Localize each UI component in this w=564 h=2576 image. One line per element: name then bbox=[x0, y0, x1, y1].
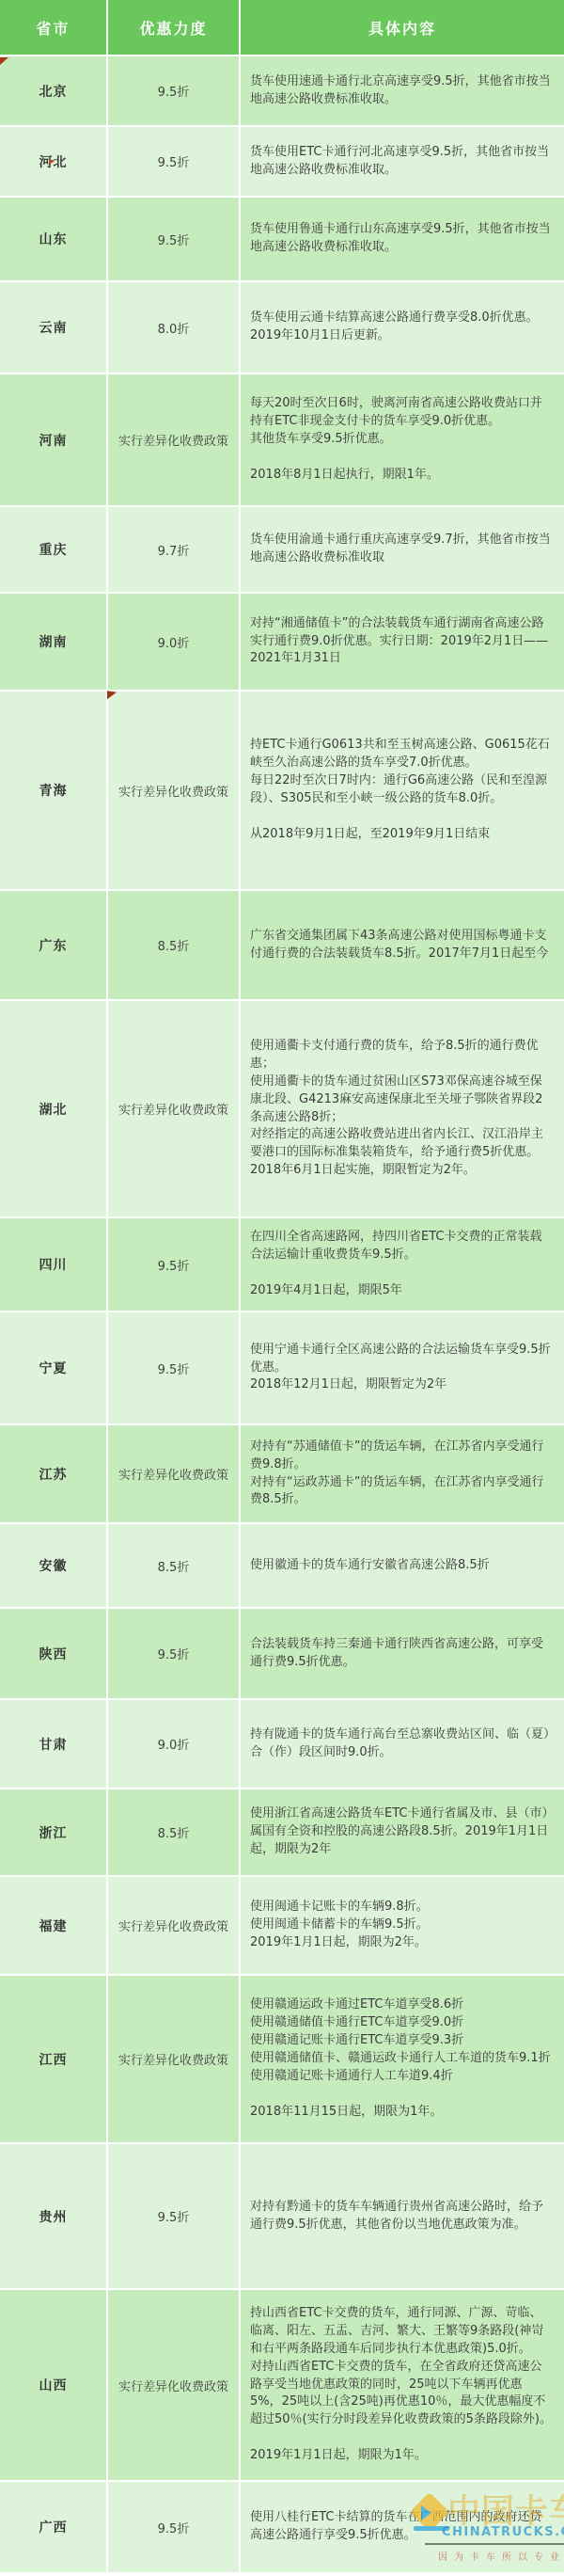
content-cell: 合法装载货车持三秦通卡通行陕西省高速公路，可享受通行费9.5折优惠。 bbox=[241, 1609, 564, 1698]
province-cell: 江西 bbox=[0, 1976, 106, 2142]
province-cell: 山西 bbox=[0, 2290, 106, 2480]
discount-cell: 8.5折 bbox=[108, 1524, 239, 1607]
table-row: 青海实行差异化收费政策持ETC卡通行G0613共和至玉树高速公路、G0615花石… bbox=[0, 692, 564, 889]
province-cell: 四川 bbox=[0, 1218, 106, 1311]
table-row: 北京9.5折货车使用速通卡通行北京高速享受9.5折，其他省市按当地高速公路收费标… bbox=[0, 56, 564, 125]
province-cell: 云南 bbox=[0, 282, 106, 373]
table-body: 北京9.5折货车使用速通卡通行北京高速享受9.5折，其他省市按当地高速公路收费标… bbox=[0, 56, 564, 2572]
table-header-row: 省市 优惠力度 具体内容 bbox=[0, 0, 564, 55]
etc-discount-table-page: 省市 优惠力度 具体内容 北京9.5折货车使用速通卡通行北京高速享受9.5折，其… bbox=[0, 0, 564, 2576]
table-row: 山西实行差异化收费政策持山西省ETC卡交费的货车，通行同源、广源、苛临、临离、阳… bbox=[0, 2290, 564, 2480]
discount-cell: 8.0折 bbox=[108, 282, 239, 373]
discount-cell: 8.5折 bbox=[108, 1789, 239, 1875]
table-row: 重庆9.7折货车使用渝通卡通行重庆高速享受9.7折，其他省市按当地高速公路收费标… bbox=[0, 507, 564, 592]
watermark-underline bbox=[425, 2543, 564, 2545]
province-cell: 山东 bbox=[0, 198, 106, 280]
table-row: 河南实行差异化收费政策每天20时至次日6时，驶离河南省高速公路收费站口并持有ET… bbox=[0, 374, 564, 505]
province-cell: 北京 bbox=[0, 56, 106, 125]
province-cell: 湖南 bbox=[0, 594, 106, 690]
red-triangle-marker bbox=[107, 691, 117, 700]
discount-cell: 实行差异化收费政策 bbox=[108, 1976, 239, 2142]
province-cell: 贵州 bbox=[0, 2144, 106, 2288]
red-triangle-marker bbox=[48, 159, 55, 166]
table-row: 四川9.5折在四川全省高速路网，持四川省ETC卡交费的正常装载合法运输计重收费货… bbox=[0, 1218, 564, 1311]
discount-cell: 9.0折 bbox=[108, 1700, 239, 1788]
province-cell: 江苏 bbox=[0, 1425, 106, 1522]
discount-cell: 9.7折 bbox=[108, 507, 239, 592]
content-cell: 持有陇通卡的货车通行高台至总寨收费站区间、临（夏）合（作）段区间时9.0折。 bbox=[241, 1700, 564, 1788]
table-row: 安徽8.5折使用徽通卡的货车通行安徽省高速公路8.5折 bbox=[0, 1524, 564, 1607]
content-cell: 使用通衢卡支付通行费的货车，给予8.5折的通行费优惠； 使用通衢卡的货车通过贫困… bbox=[241, 1001, 564, 1216]
content-cell: 使用闽通卡记账卡的车辆9.8折。 使用闽通卡储蓄卡的车辆9.5折。 2019年1… bbox=[241, 1877, 564, 1974]
table-row: 湖南9.0折对持“湘通储值卡”的合法装载货车通行湖南省高速公路实行通行费9.0折… bbox=[0, 594, 564, 690]
discount-cell: 9.0折 bbox=[108, 594, 239, 690]
content-cell: 持ETC卡通行G0613共和至玉树高速公路、G0615花石峡至久治高速公路的货车… bbox=[241, 692, 564, 889]
province-cell: 广东 bbox=[0, 891, 106, 999]
discount-cell: 实行差异化收费政策 bbox=[108, 1425, 239, 1522]
table-row: 云南8.0折货车使用云通卡结算高速公路通行费享受8.0折优惠。2019年10月1… bbox=[0, 282, 564, 373]
logo-arrow-shape bbox=[421, 2505, 431, 2520]
table-row: 陕西9.5折合法装载货车持三秦通卡通行陕西省高速公路，可享受通行费9.5折优惠。 bbox=[0, 1609, 564, 1698]
table-row: 湖北实行差异化收费政策使用通衢卡支付通行费的货车，给予8.5折的通行费优惠； 使… bbox=[0, 1001, 564, 1216]
content-cell: 使用赣通运政卡通过ETC车道享受8.6折 使用赣通储值卡通行ETC车道享受9.0… bbox=[241, 1976, 564, 2142]
province-cell: 安徽 bbox=[0, 1524, 106, 1607]
discount-cell: 实行差异化收费政策 bbox=[108, 1001, 239, 1216]
discount-cell: 9.5折 bbox=[108, 2482, 239, 2572]
table-row: 浙江8.5折使用浙江省高速公路货车ETC卡通行省属及市、县（市）属国有全资和控股… bbox=[0, 1789, 564, 1875]
table-row: 江西实行差异化收费政策使用赣通运政卡通过ETC车道享受8.6折 使用赣通储值卡通… bbox=[0, 1976, 564, 2142]
province-cell: 甘肃 bbox=[0, 1700, 106, 1788]
province-cell: 福建 bbox=[0, 1877, 106, 1974]
table-row: 河北9.5折货车使用ETC卡通行河北高速享受9.5折，其他省市按当地高速公路收费… bbox=[0, 127, 564, 196]
province-cell: 湖北 bbox=[0, 1001, 106, 1216]
discount-cell: 9.5折 bbox=[108, 1218, 239, 1311]
content-cell: 货车使用云通卡结算高速公路通行费享受8.0折优惠。2019年10月1日后更新。 bbox=[241, 282, 564, 373]
province-cell: 河南 bbox=[0, 374, 106, 505]
header-cell-province: 省市 bbox=[0, 0, 106, 55]
province-cell: 浙江 bbox=[0, 1789, 106, 1875]
table-row: 甘肃9.0折持有陇通卡的货车通行高台至总寨收费站区间、临（夏）合（作）段区间时9… bbox=[0, 1700, 564, 1788]
discount-cell: 实行差异化收费政策 bbox=[108, 2290, 239, 2480]
content-cell: 对持有“苏通储值卡”的货运车辆，在江苏省内享受通行费9.8折。 对持有“运政苏通… bbox=[241, 1425, 564, 1522]
content-cell: 货车使用ETC卡通行河北高速享受9.5折，其他省市按当地高速公路收费标准收取。 bbox=[241, 127, 564, 196]
table-row: 江苏实行差异化收费政策对持有“苏通储值卡”的货运车辆，在江苏省内享受通行费9.8… bbox=[0, 1425, 564, 1522]
content-cell: 每天20时至次日6时，驶离河南省高速公路收费站口并持有ETC非现金支付卡的货车享… bbox=[241, 374, 564, 505]
watermark-domain-text: CHINATRUCKS.COM bbox=[442, 2525, 564, 2539]
header-cell-discount: 优惠力度 bbox=[108, 0, 239, 55]
content-cell: 货车使用渝通卡通行重庆高速享受9.7折，其他省市按当地高速公路收费标准收取 bbox=[241, 507, 564, 592]
table-row: 广东8.5折广东省交通集团属下43条高速公路对使用国标粤通卡支付通行费的合法装载… bbox=[0, 891, 564, 999]
discount-cell: 9.5折 bbox=[108, 1312, 239, 1423]
table-row: 福建实行差异化收费政策使用闽通卡记账卡的车辆9.8折。 使用闽通卡储蓄卡的车辆9… bbox=[0, 1877, 564, 1974]
content-cell: 货车使用速通卡通行北京高速享受9.5折，其他省市按当地高速公路收费标准收取。 bbox=[241, 56, 564, 125]
province-cell: 重庆 bbox=[0, 507, 106, 592]
province-cell: 广西 bbox=[0, 2482, 106, 2572]
header-cell-content: 具体内容 bbox=[241, 0, 564, 55]
discount-cell: 实行差异化收费政策 bbox=[108, 1877, 239, 1974]
table-row: 山东9.5折货车使用鲁通卡通行山东高速享受9.5折，其他省市按当地高速公路收费标… bbox=[0, 198, 564, 280]
table-row: 贵州9.5折对持有黔通卡的货车车辆通行贵州省高速公路时，给予通行费9.5折优惠，… bbox=[0, 2144, 564, 2288]
discount-cell: 实行差异化收费政策 bbox=[108, 374, 239, 505]
discount-cell: 9.5折 bbox=[108, 127, 239, 196]
province-cell: 陕西 bbox=[0, 1609, 106, 1698]
discount-cell: 9.5折 bbox=[108, 198, 239, 280]
discount-cell: 9.5折 bbox=[108, 1609, 239, 1698]
discount-cell: 9.5折 bbox=[108, 2144, 239, 2288]
table-row: 宁夏9.5折使用宁通卡通行全区高速公路的合法运输货车享受9.5折优惠。 2018… bbox=[0, 1312, 564, 1423]
content-cell: 对持有黔通卡的货车车辆通行贵州省高速公路时，给予通行费9.5折优惠，其他省份以当… bbox=[241, 2144, 564, 2288]
province-cell: 宁夏 bbox=[0, 1312, 106, 1423]
content-cell: 广东省交通集团属下43条高速公路对使用国标粤通卡支付通行费的合法装载货车8.5折… bbox=[241, 891, 564, 999]
province-cell: 青海 bbox=[0, 692, 106, 889]
discount-cell: 9.5折 bbox=[108, 56, 239, 125]
content-cell: 对持“湘通储值卡”的合法装载货车通行湖南省高速公路实行通行费9.0折优惠。实行日… bbox=[241, 594, 564, 690]
content-cell: 使用徽通卡的货车通行安徽省高速公路8.5折 bbox=[241, 1524, 564, 1607]
watermark-slogan: 因为卡车所以专业 bbox=[438, 2549, 564, 2563]
content-cell: 持山西省ETC卡交费的货车，通行同源、广源、苛临、临离、阳左、五盂、吉河、繁大、… bbox=[241, 2290, 564, 2480]
content-cell: 使用宁通卡通行全区高速公路的合法运输货车享受9.5折优惠。 2018年12月1日… bbox=[241, 1312, 564, 1423]
content-cell: 使用浙江省高速公路货车ETC卡通行省属及市、县（市）属国有全资和控股的高速公路段… bbox=[241, 1789, 564, 1875]
discount-cell: 8.5折 bbox=[108, 891, 239, 999]
discount-cell: 实行差异化收费政策 bbox=[108, 692, 239, 889]
red-triangle-marker bbox=[0, 57, 8, 65]
content-cell: 在四川全省高速路网，持四川省ETC卡交费的正常装载合法运输计重收费货车9.5折。… bbox=[241, 1218, 564, 1311]
content-cell: 货车使用鲁通卡通行山东高速享受9.5折，其他省市按当地高速公路收费标准收取。 bbox=[241, 198, 564, 280]
